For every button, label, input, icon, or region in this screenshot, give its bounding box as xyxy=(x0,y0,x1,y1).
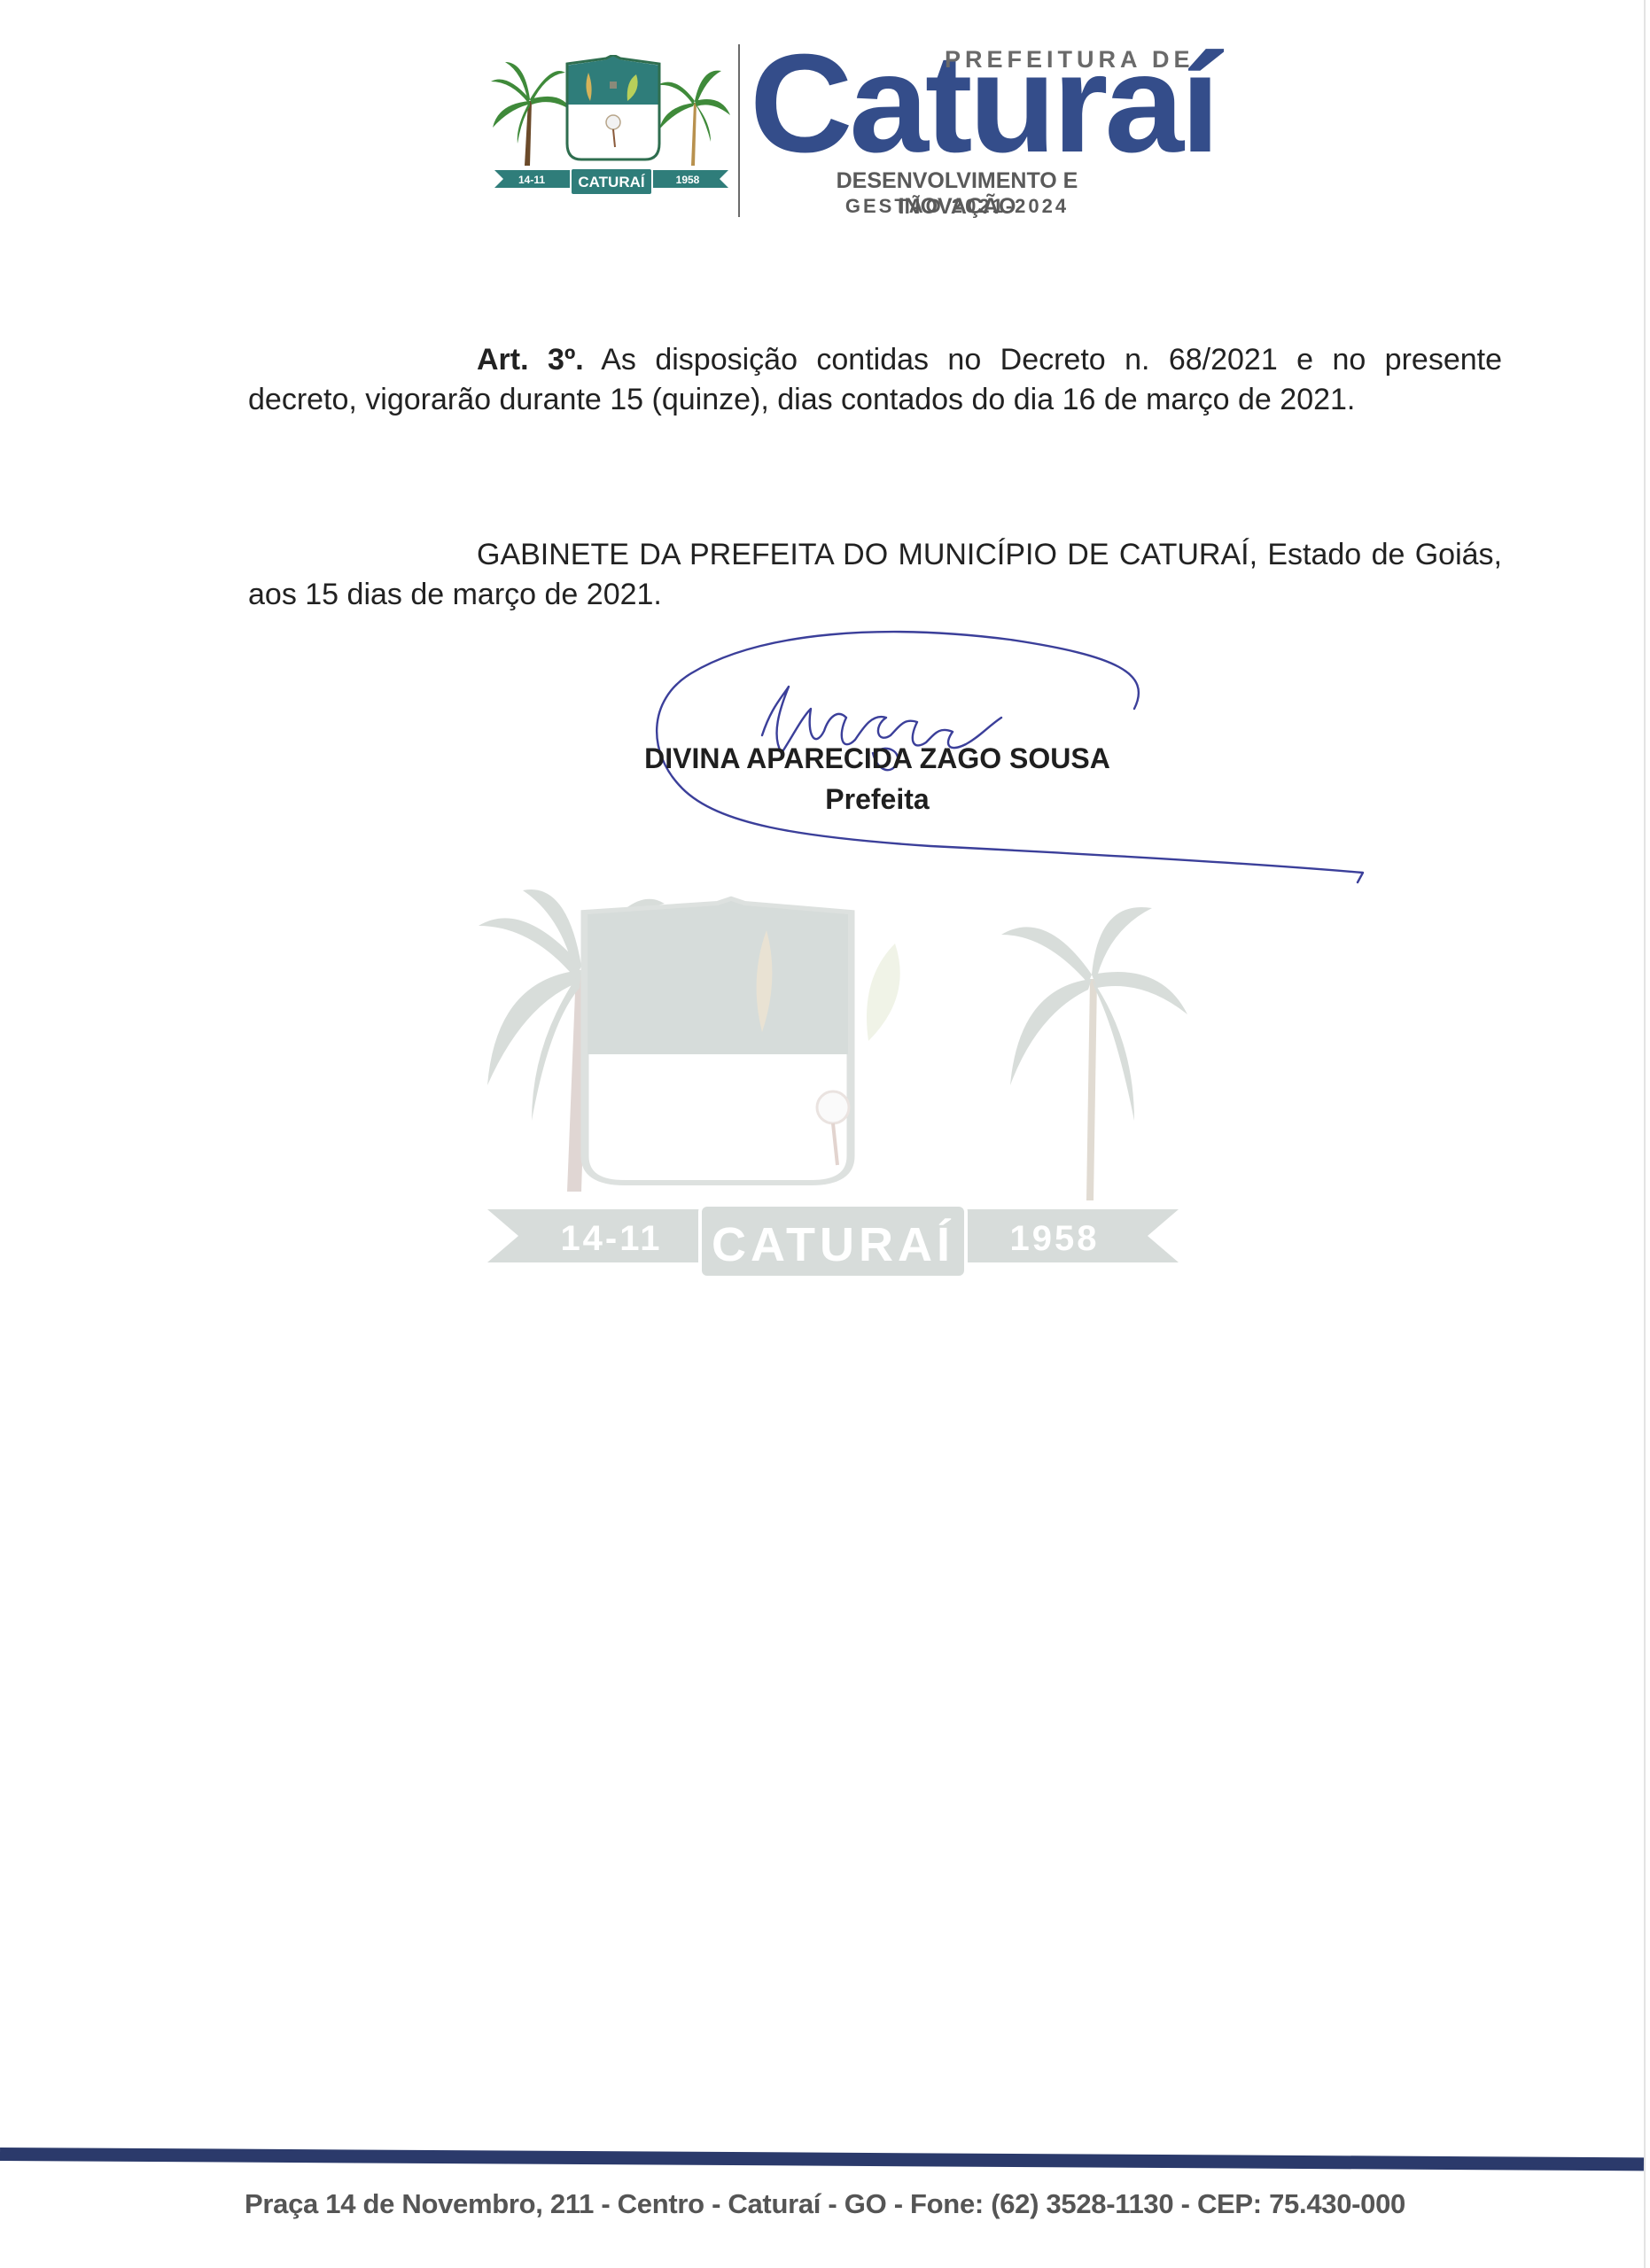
svg-text:1958: 1958 xyxy=(1010,1219,1100,1258)
palm-tree-icon xyxy=(658,71,730,166)
footer-address: Praça 14 de Novembro, 211 - Centro - Cat… xyxy=(0,2188,1650,2220)
svg-text:14-11: 14-11 xyxy=(560,1219,662,1258)
brand-prefix: PREFEITURA DE xyxy=(945,46,1195,74)
administration-term: GESTÃO 2021-2024 xyxy=(780,195,1134,218)
svg-text:CATURAÍ: CATURAÍ xyxy=(578,174,646,190)
header-divider xyxy=(738,44,740,217)
signer-name: DIVINA APARECIDA ZAGO SOUSA xyxy=(532,742,1223,775)
palm-tree-icon xyxy=(1001,907,1187,1200)
letterhead: 14-11 CATURAÍ 1958 Caturaí PREFEITURA DE… xyxy=(0,0,1650,239)
palm-tree-icon xyxy=(491,62,571,166)
closing-text: GABINETE DA PREFEITA DO MUNICÍPIO DE CAT… xyxy=(248,538,1502,611)
signer-role: Prefeita xyxy=(532,783,1223,816)
shield-icon xyxy=(585,899,900,1183)
article-text: As disposição contidas no Decreto n. 68/… xyxy=(248,343,1502,416)
svg-text:14-11: 14-11 xyxy=(518,174,545,186)
ribbon-banner: 14-11 CATURAÍ 1958 xyxy=(487,1205,1179,1278)
municipal-coat-of-arms-icon: 14-11 CATURAÍ 1958 xyxy=(489,55,734,206)
article-label: Art. 3º. xyxy=(477,343,584,377)
shield-icon xyxy=(567,55,659,159)
svg-text:1958: 1958 xyxy=(676,174,700,186)
svg-text:CATURAÍ: CATURAÍ xyxy=(712,1218,954,1271)
coat-of-arms-watermark-icon: 14-11 CATURAÍ 1958 xyxy=(479,882,1187,1289)
page-edge xyxy=(1644,0,1646,2268)
article-3-paragraph: Art. 3º. As disposição contidas no Decre… xyxy=(248,340,1502,420)
footer-divider-bar xyxy=(0,2148,1644,2171)
ribbon-banner: 14-11 CATURAÍ 1958 xyxy=(494,168,728,195)
closing-paragraph: GABINETE DA PREFEITA DO MUNICÍPIO DE CAT… xyxy=(248,535,1502,615)
